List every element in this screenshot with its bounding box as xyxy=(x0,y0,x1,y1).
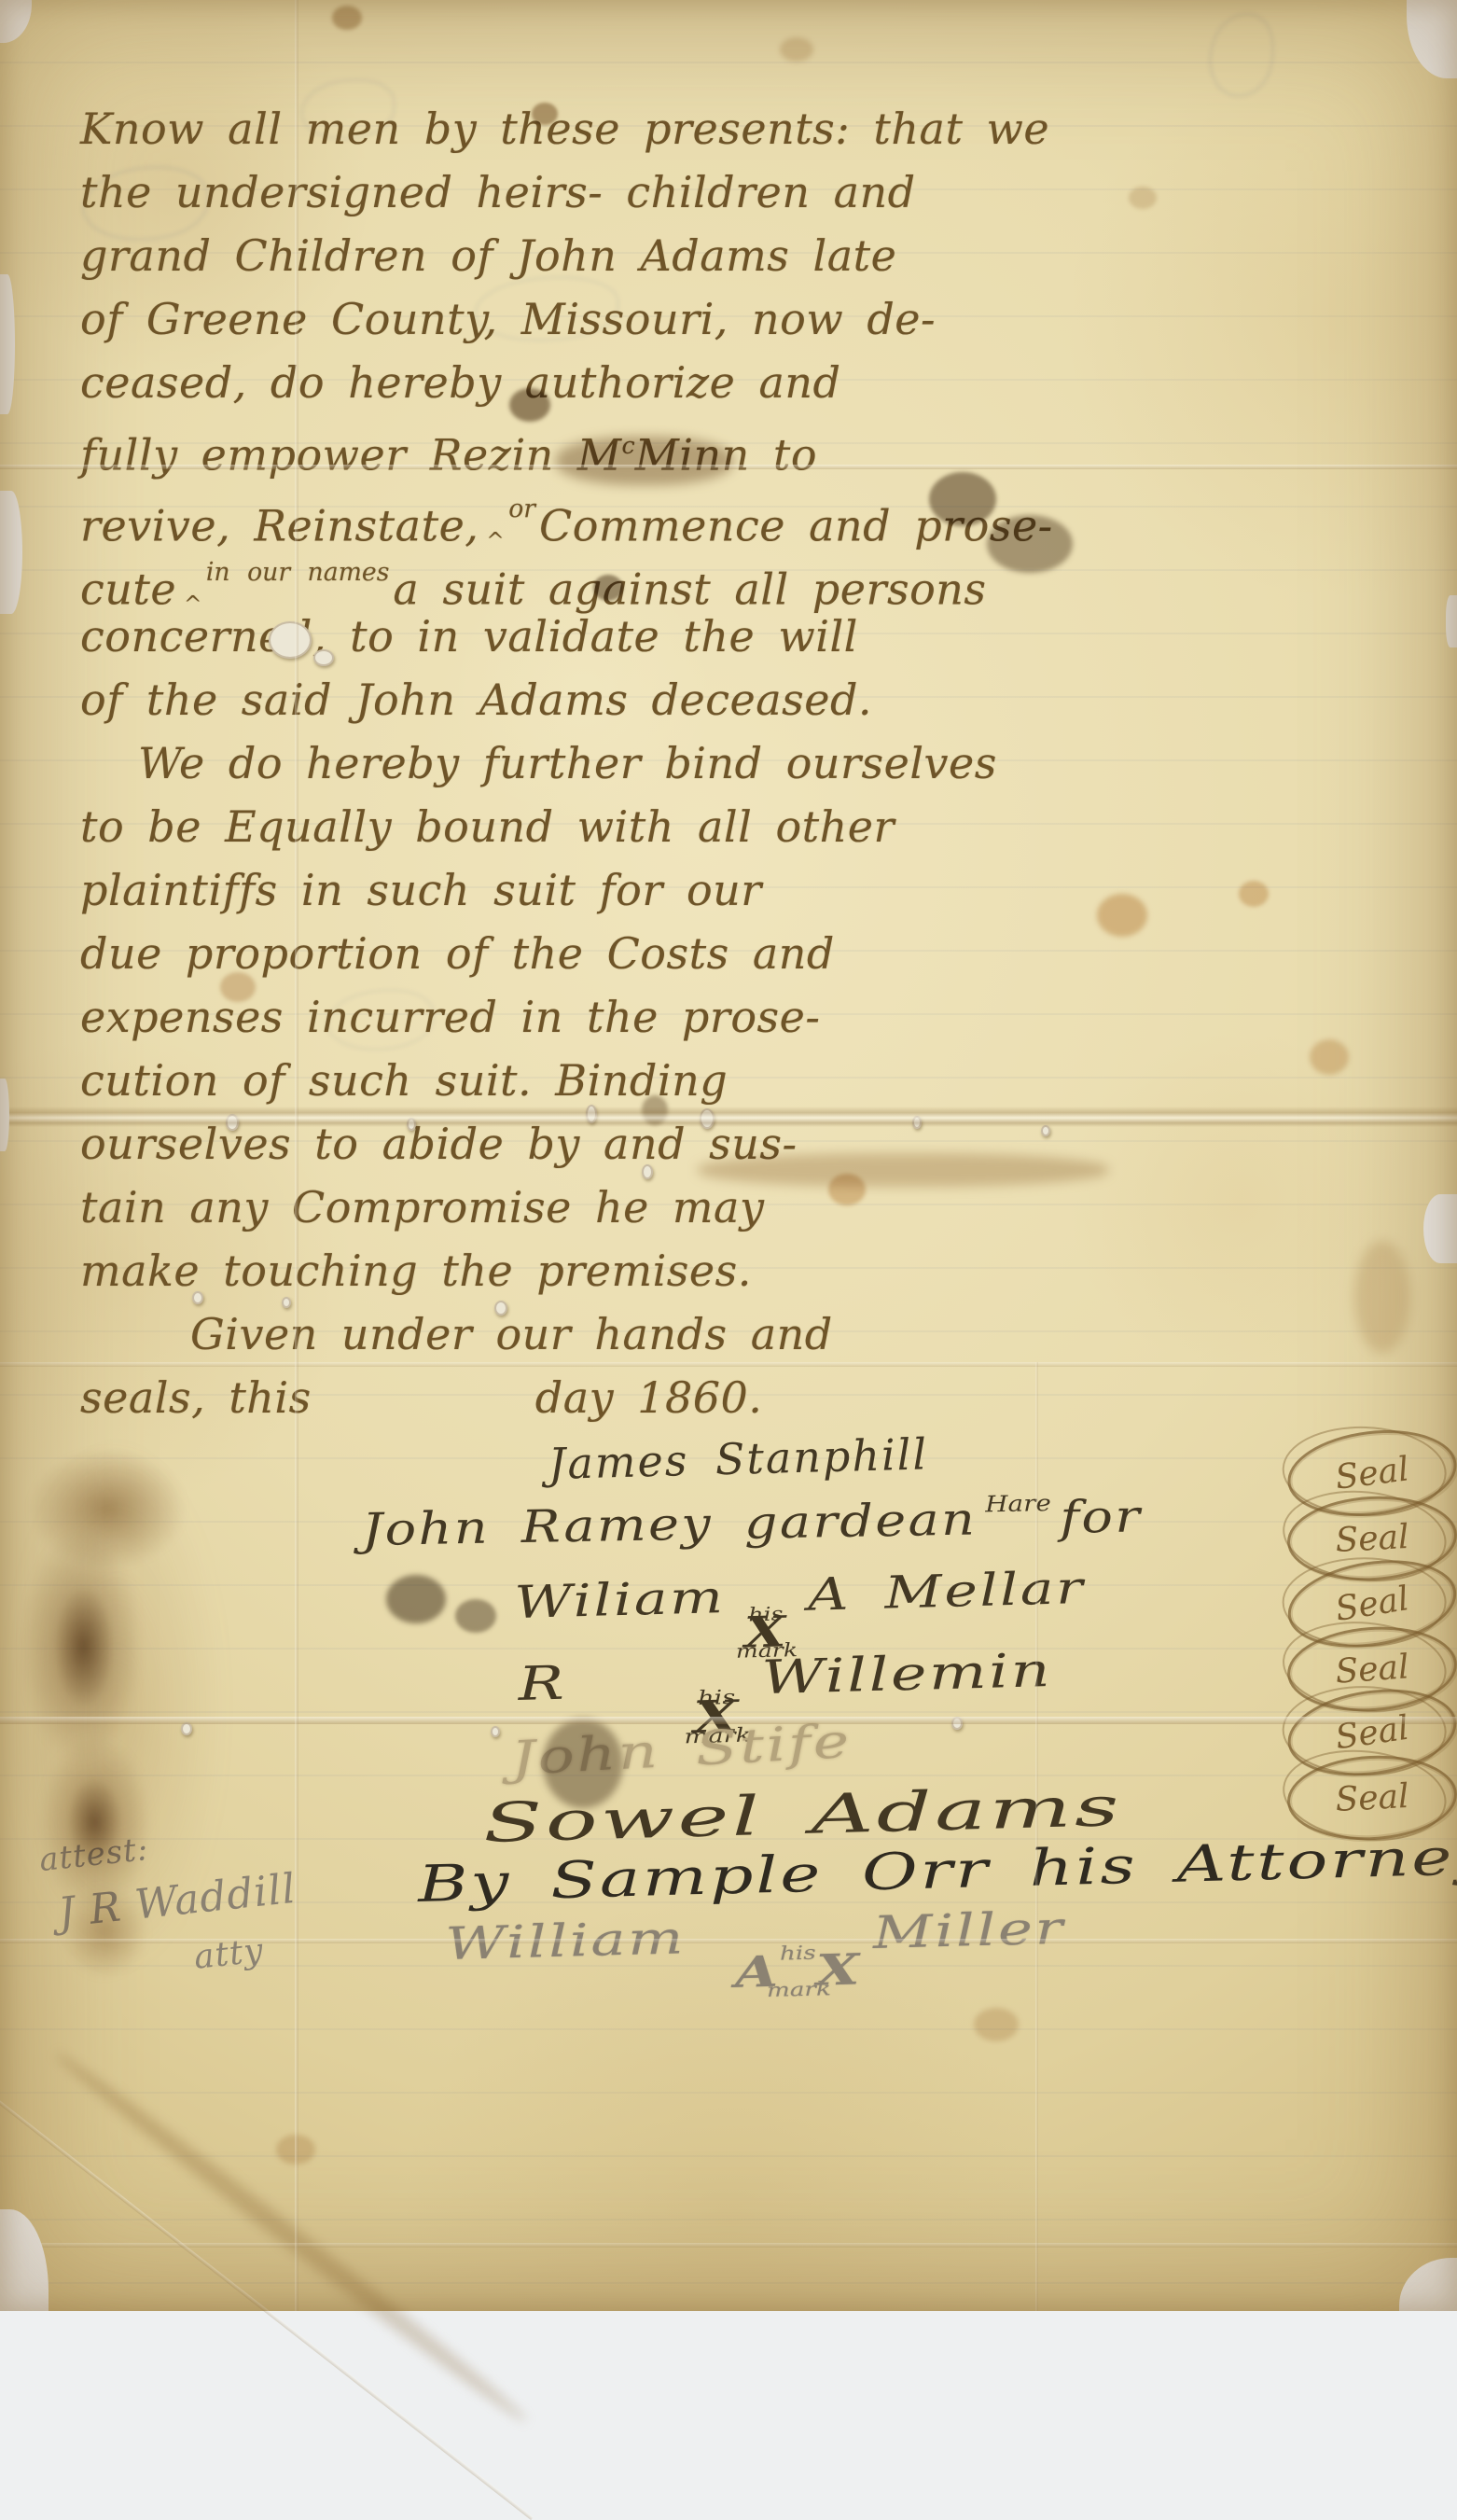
torn-edge xyxy=(1399,2258,1457,2311)
handwritten-line: seals, thisday 1860. xyxy=(80,1368,762,1427)
handwritten-line: expenses incurred in the prose- xyxy=(80,987,820,1047)
torn-edge xyxy=(0,1079,9,1151)
paper-hole xyxy=(912,1116,922,1129)
signature-text: A Mellar xyxy=(807,1562,1086,1622)
ink-spot xyxy=(386,1575,446,1623)
fox-spot xyxy=(1354,1241,1410,1353)
handwritten-line: Given under our hands and xyxy=(190,1304,833,1364)
his-mark: hisA Xmark xyxy=(734,1945,862,1997)
handwritten-line: make touching the premises. xyxy=(80,1241,752,1301)
handwritten-line: ceased, do hereby authorize and xyxy=(80,353,840,412)
line-text: grand Children of John Adams late xyxy=(80,230,896,281)
paper-hole xyxy=(491,1726,500,1737)
signature: James Stanphill xyxy=(548,1428,928,1489)
line-text: seals, this xyxy=(80,1372,312,1423)
torn-edge xyxy=(1446,595,1457,647)
signature: John Ramey gardeanHarefor xyxy=(361,1488,1142,1556)
line-text: Given under our hands and xyxy=(190,1309,833,1359)
handwritten-line: We do hereby further bind ourselves xyxy=(138,733,997,793)
handwritten-line: cution of such suit. Binding xyxy=(80,1051,728,1110)
line-text: of Greene County, Missouri, now de- xyxy=(80,294,936,344)
inserted-text: or xyxy=(508,494,535,523)
line-text: Minn to xyxy=(635,430,817,480)
fox-spot xyxy=(1239,881,1269,907)
ink-stain xyxy=(28,1448,187,1569)
torn-edge xyxy=(0,0,32,43)
line-text: the undersigned heirs- children and xyxy=(80,167,916,217)
signature-text: Willemin xyxy=(761,1643,1053,1705)
torn-edge xyxy=(0,491,22,614)
ink-spot xyxy=(332,6,362,30)
interlined-word: Hare xyxy=(985,1490,1051,1517)
fold-crease xyxy=(0,2243,1457,2248)
inserted-text: in our names xyxy=(206,558,390,587)
fold-crease-diagonal xyxy=(0,2057,534,2311)
fox-spot xyxy=(974,2008,1019,2041)
signature-text: William xyxy=(445,1912,687,1970)
line-text: expenses incurred in the prose- xyxy=(80,992,820,1042)
handwritten-line: tain any Compromise he may xyxy=(80,1177,764,1237)
line-text: ourselves to abide by and sus- xyxy=(80,1119,798,1169)
attestation-word: attest: xyxy=(37,1831,150,1879)
attestation-signature: J R Waddill xyxy=(56,1865,298,1937)
handwritten-line: of Greene County, Missouri, now de- xyxy=(80,289,936,349)
fox-spot xyxy=(1097,894,1147,937)
signature-text: John Ramey gardean xyxy=(362,1493,978,1555)
handwritten-line: plaintiffs in such suit for our xyxy=(80,860,762,920)
superscript-text: c xyxy=(622,432,635,459)
torn-edge xyxy=(0,274,15,414)
attestation-title: atty xyxy=(192,1931,266,1977)
signature-text: R xyxy=(518,1656,567,1711)
line-text: day 1860. xyxy=(535,1372,763,1423)
fox-spot xyxy=(828,1174,866,1205)
line-text: due proportion of the Costs and xyxy=(80,928,835,979)
signature-text: for xyxy=(1060,1490,1143,1544)
handwritten-line: the undersigned heirs- children and xyxy=(80,162,916,222)
line-text: of the said John Adams deceased. xyxy=(80,675,872,725)
handwritten-line: concerned, to in validate the will xyxy=(80,606,858,666)
signature-text: Wiliam xyxy=(514,1571,726,1629)
line-text: ceased, do hereby authorize and xyxy=(80,357,840,408)
line-text: plaintiffs in such suit for our xyxy=(80,865,762,915)
fox-spot xyxy=(780,37,813,62)
ink-stain xyxy=(54,1586,114,1707)
fox-spot xyxy=(1310,1039,1349,1075)
document-page: Know all men by these presents: that wet… xyxy=(0,0,1457,2311)
mark-label: mark xyxy=(767,1984,831,1997)
paper-hole xyxy=(181,1722,192,1735)
torn-edge xyxy=(1407,0,1457,78)
ink-spot xyxy=(455,1599,496,1633)
fox-spot xyxy=(276,2135,315,2165)
signature-text: James Stanphill xyxy=(548,1428,928,1489)
line-text: cution of such suit. Binding xyxy=(80,1055,728,1106)
ink-stain xyxy=(21,1530,142,1763)
handwritten-line: Know all men by these presents: that we xyxy=(80,99,1049,159)
handwritten-line: due proportion of the Costs and xyxy=(80,924,835,983)
handwritten-line: to be Equally bound with all other xyxy=(80,797,895,856)
signature: WilliamhisA XmarkMiller xyxy=(445,1902,1067,2005)
bleed-through-mark xyxy=(1209,13,1274,97)
signature-text: Miller xyxy=(872,1902,1066,1959)
paper-hole xyxy=(1041,1125,1050,1136)
line-text: tain any Compromise he may xyxy=(80,1182,764,1232)
crease-stain xyxy=(49,2045,533,2311)
fox-spot xyxy=(1129,187,1157,209)
line-text: to be Equally bound with all other xyxy=(80,801,895,852)
line-text: fully empower Rezin M xyxy=(80,430,622,480)
handwritten-line: ourselves to abide by and sus- xyxy=(80,1114,798,1174)
line-text: concerned, to in validate the will xyxy=(80,611,858,661)
handwritten-line: of the said John Adams deceased. xyxy=(80,670,872,730)
line-text: make touching the premises. xyxy=(80,1246,752,1296)
torn-edge xyxy=(0,2209,49,2311)
line-text: Know all men by these presents: that we xyxy=(80,104,1049,154)
handwritten-line: grand Children of John Adams late xyxy=(80,226,896,285)
torn-edge xyxy=(1423,1194,1457,1263)
handwritten-line: fully empower Rezin McMinn to xyxy=(80,416,817,485)
line-text: We do hereby further bind ourselves xyxy=(138,738,997,788)
